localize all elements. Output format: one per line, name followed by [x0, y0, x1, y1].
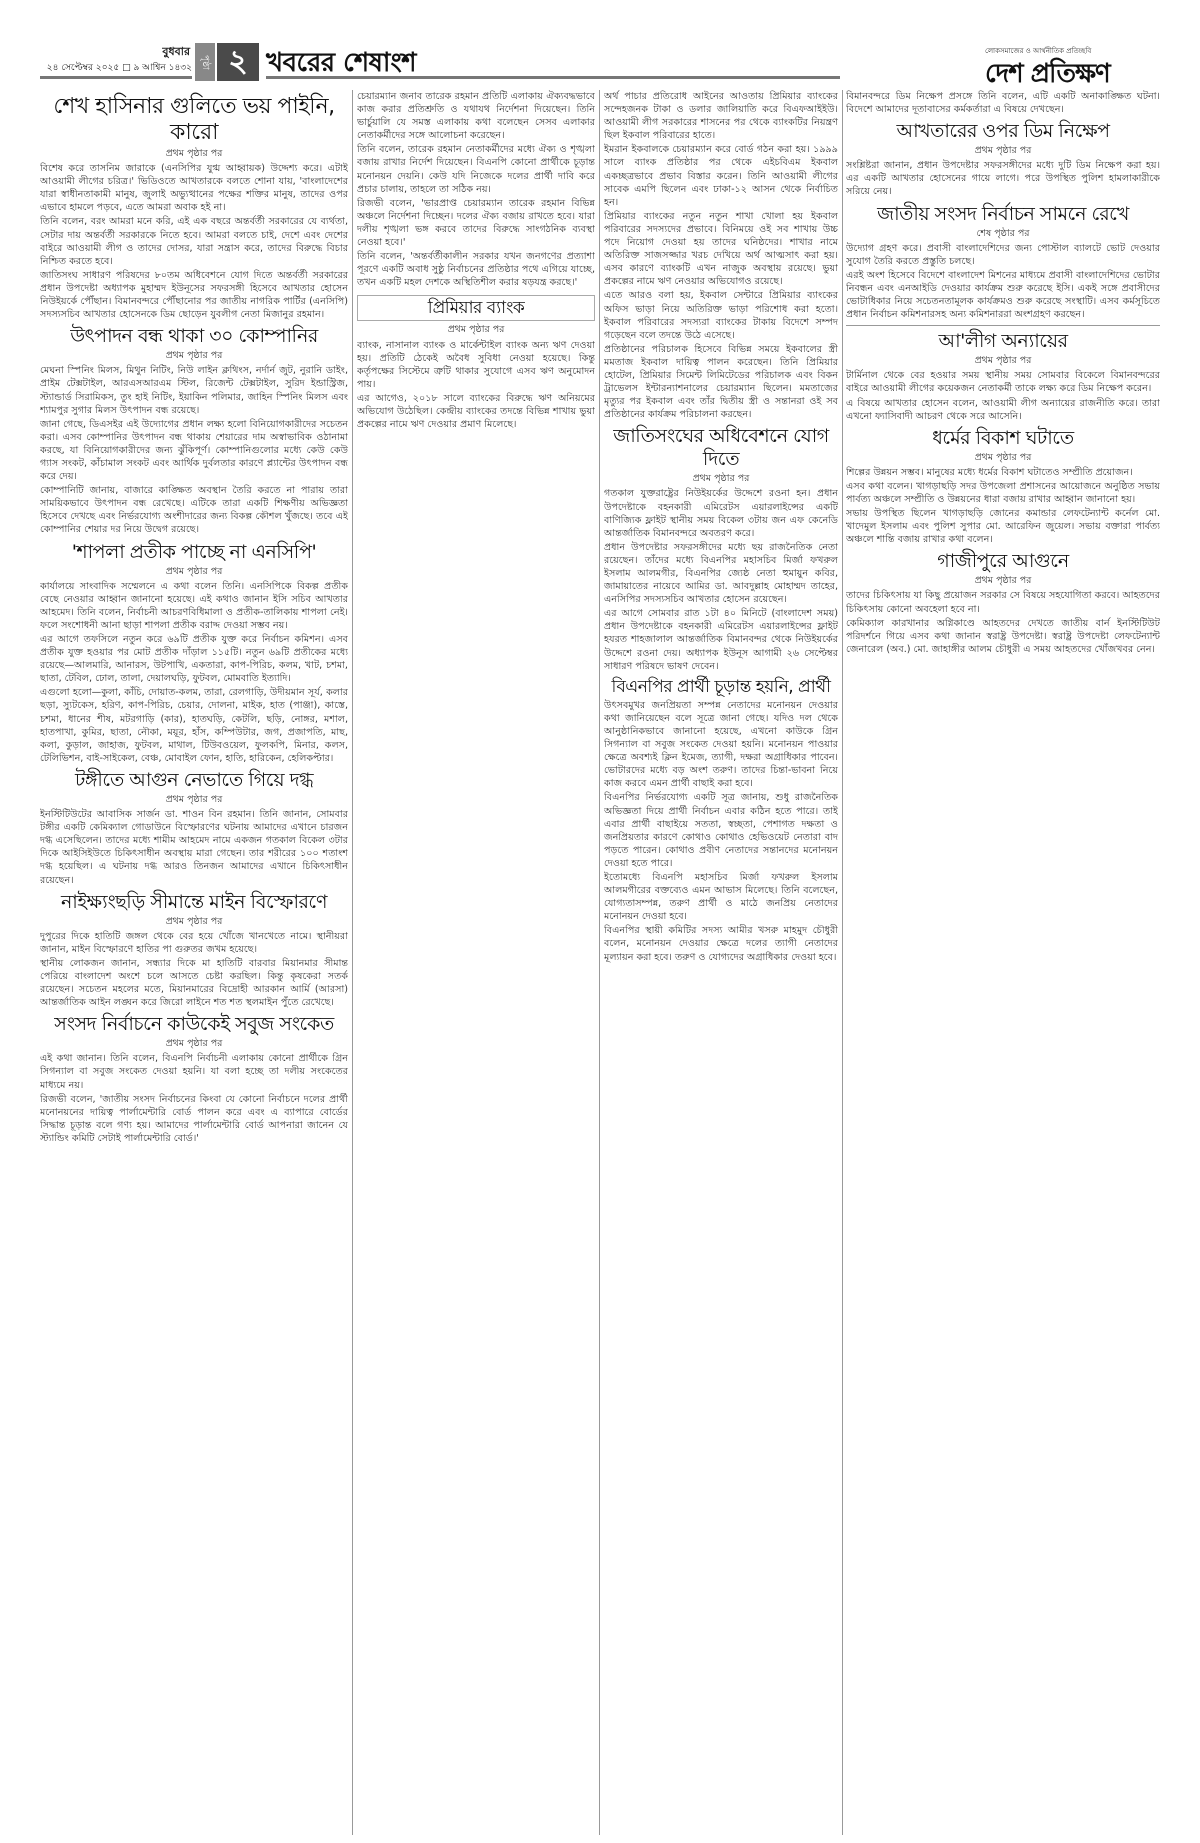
paragraph: জাতিসংঘ সাধারণ পরিষদের ৮০তম অধিবেশনে যোগ… [40, 269, 348, 321]
paragraph: ইতোমধ্যে বিএনপি মহাসচিব মির্জা ফখরুল ইসল… [604, 871, 838, 923]
column-1: শেখ হাসিনার গুলিতে ভয় পাইনি, কারো প্রথম… [40, 90, 348, 1835]
column-3: অর্থ পাচার প্রতিরোধ আইনের আওতায় প্রিমিয… [604, 90, 838, 1835]
kicker: প্রথম পৃষ্ঠার পর [846, 574, 1160, 587]
paragraph: বিমানবন্দরে ডিম নিক্ষেপ প্রসঙ্গে তিনি বল… [846, 90, 1160, 116]
section-title: খবরের শেষাংশ [266, 42, 416, 86]
kicker: প্রথম পৃষ্ঠার পর [40, 1037, 348, 1050]
column-divider [599, 90, 600, 1835]
paragraph: দুপুরের দিকে হাতিটি জঙ্গল থেকে বের হয়ে … [40, 930, 348, 956]
paragraph: এই কথা জানান। তিনি বলেন, বিএনপি নির্বাচন… [40, 1052, 348, 1091]
column-4: বিমানবন্দরে ডিম নিক্ষেপ প্রসঙ্গে তিনি বল… [846, 90, 1160, 1835]
kicker: প্রথম পৃষ্ঠার পর [846, 144, 1160, 157]
article-dollar-reserve: বিমানবন্দরে ডিম নিক্ষেপ প্রসঙ্গে তিনি বল… [846, 90, 1160, 199]
paragraph: মেঘনা স্পিনিং মিলস, মিথুন নিটিং, নিউ লাই… [40, 364, 348, 416]
paragraph: ব্যাংক, নাসানাল ব্যাংক ও মার্কেন্টাইল ব্… [357, 339, 595, 391]
paragraph: রিজভী বলেন, 'জাতীয় সংসদ নির্বাচনের কিংব… [40, 1093, 348, 1145]
kicker: প্রথম পৃষ্ঠার পর [846, 354, 1160, 367]
masthead-rule-left [40, 76, 192, 79]
page-label: পৃষ্ঠা [195, 43, 215, 81]
paragraph: কোম্পানিটি জানায়, বাজারে কাঙ্ক্ষিত অবস্… [40, 484, 348, 536]
paragraph: এর আগেও, ২০১৮ সালে ব্যাংকের বিরুদ্ধে ঋণ … [357, 392, 595, 431]
column-divider [842, 90, 843, 1835]
headline[interactable]: নাইক্ষ্যংছড়ি সীমান্তে মাইন বিস্ফোরণে [40, 891, 348, 914]
paragraph: টার্মিনাল থেকে বের হওয়ার সময় স্থানীয় … [846, 369, 1160, 395]
paragraph: সংশ্লিষ্টরা জানান, প্রধান উপদেষ্টার সফরস… [846, 159, 1160, 198]
paragraph: এসব কথা বলেন। খাগড়াছড়ি সদর উপজেলা প্রশ… [846, 480, 1160, 506]
headline[interactable]: আ'লীগ অন্যায়ের [846, 330, 1160, 353]
paragraph: প্রতিষ্ঠানের পরিচালক হিসেবে বিভিন্ন সময়… [604, 343, 838, 422]
kicker: প্রথম পৃষ্ঠার পর [40, 349, 348, 362]
article-iqbal-continued: অর্থ পাচার প্রতিরোধ আইনের আওতায় প্রিমিয… [604, 90, 838, 421]
headline[interactable]: প্রিমিয়ার ব্যাংক [357, 295, 595, 321]
kicker: শেষ পৃষ্ঠার পর [846, 227, 1160, 240]
headline[interactable]: উৎপাদন বন্ধ থাকা ৩০ কোম্পানির [40, 325, 348, 348]
article-premier-bank: প্রিমিয়ার ব্যাংক প্রথম পৃষ্ঠার পর ব্যাং… [357, 295, 595, 431]
article-landmine: নাইক্ষ্যংছড়ি সীমান্তে মাইন বিস্ফোরণে প্… [40, 891, 348, 1010]
headline[interactable]: ধর্মের বিকাশ ঘটাতে [846, 427, 1160, 450]
paragraph: ইনস্টিটিউটের আবাসিক সার্জন ডা. শাওন বিন … [40, 808, 348, 887]
paragraph: তিনি বলেন, তারেক রহমান নেতাকর্মীদের মধ্য… [357, 143, 595, 195]
paragraph: অর্থ পাচার প্রতিরোধ আইনের আওতায় প্রিমিয… [604, 90, 838, 142]
paragraph: সভায় উপস্থিত ছিলেন খাগড়াছড়ি জোনের কমা… [846, 507, 1160, 546]
article-production: উৎপাদন বন্ধ থাকা ৩০ কোম্পানির প্রথম পৃষ্… [40, 325, 348, 536]
paragraph: ইমরান ইকবালকে চেয়ারম্যান করে বোর্ড গঠন … [604, 143, 838, 208]
article-un-session: জাতিসংঘের অধিবেশনে যোগ দিতে প্রথম পৃষ্ঠা… [604, 425, 838, 672]
paragraph: এ বিষয়ে আখতার হোসেন বলেন, আওয়ামী লীগ অ… [846, 397, 1160, 423]
paragraph: চেয়ারম্যান জনাব তারেক রহমান প্রতিটি এলা… [357, 90, 595, 142]
headline[interactable]: সংসদ নির্বাচনে কাউকেই সবুজ সংকেত [40, 1013, 348, 1036]
article-shapla: 'শাপলা প্রতীক পাচ্ছে না এনসিপি' প্রথম পৃ… [40, 541, 348, 765]
headline[interactable]: গাজীপুরে আগুনে [846, 550, 1160, 573]
paragraph: বিশেষ করে তাসনিম জারাকে (এনসিপির যুগ্ম আ… [40, 162, 348, 214]
paragraph: রিজভী বলেন, 'ভারপ্রাপ্ত চেয়ারম্যান তারে… [357, 197, 595, 249]
paragraph: বিএনপির নির্ভরযোগ্য একটি সূত্র জানায়, শ… [604, 791, 838, 870]
article-awami-league: আ'লীগ অন্যায়ের প্রথম পৃষ্ঠার পর টার্মিন… [846, 330, 1160, 422]
paragraph: উদ্যোগ গ্রহণ করে। প্রবাসী বাংলাদেশিদের জ… [846, 242, 1160, 268]
masthead: বুধবার ২৪ সেপ্টেম্বর ২০২৫ □ ৯ আশ্বিন ১৪৩… [0, 40, 1200, 82]
headline[interactable]: বিএনপির প্রার্থী চূড়ান্ত হয়নি, প্রার্থ… [604, 677, 838, 698]
paragraph: জানা গেছে, ডিএসইর এই উদ্যোগের প্রধান লক্… [40, 418, 348, 483]
paragraph: এর আগে সোমবার রাত ১টা ৪০ মিনিটে (বাংলাদে… [604, 607, 838, 672]
article-religion: ধর্মের বিকাশ ঘটাতে প্রথম পৃষ্ঠার পর শিল্… [846, 427, 1160, 547]
paragraph: এর আগে তফসিলে নতুন করে ৬৯টি প্রতীক যুক্ত… [40, 633, 348, 685]
headline[interactable]: আখতারের ওপর ডিম নিক্ষেপ [846, 120, 1160, 143]
paragraph: বিএনপির স্থায়ী কমিটির সদস্য আমীর খসরু ম… [604, 924, 838, 963]
paragraph: গতকাল যুক্তরাষ্ট্রের নিউইয়র্কের উদ্দেশে… [604, 487, 838, 539]
headline[interactable]: জাতীয় সংসদ নির্বাচন সামনে রেখে [846, 203, 1160, 226]
section-divider [846, 325, 1160, 326]
paragraph: শিল্পের উন্নয়ন সম্ভব। মানুষের মধ্যে ধর্… [846, 466, 1160, 479]
article-tongi: টঙ্গীতে আগুন নেভাতে গিয়ে দগ্ধ প্রথম পৃষ… [40, 769, 348, 887]
paragraph: এগুলো হলো—কুলা, কাঁচি, দোয়াত-কলম, তারা,… [40, 686, 348, 765]
headline[interactable]: টঙ্গীতে আগুন নেভাতে গিয়ে দগ্ধ [40, 769, 348, 792]
article-green-signal: সংসদ নির্বাচনে কাউকেই সবুজ সংকেত প্রথম প… [40, 1013, 348, 1145]
article-akhtar-egg: জাতীয় সংসদ নির্বাচন সামনে রেখে শেষ পৃষ্… [846, 203, 1160, 322]
column-2: চেয়ারম্যান জনাব তারেক রহমান প্রতিটি এলা… [357, 90, 595, 1835]
column-divider [352, 90, 353, 1835]
kicker: প্রথম পৃষ্ঠার পর [357, 323, 595, 336]
kicker: প্রথম পৃষ্ঠার পর [846, 451, 1160, 464]
kicker: প্রথম পৃষ্ঠার পর [40, 147, 348, 160]
paragraph: তাদের চিকিৎসায় যা কিছু প্রয়োজন সরকার স… [846, 589, 1160, 615]
page-number: ২ [217, 43, 259, 81]
headline[interactable]: শেখ হাসিনার গুলিতে ভয় পাইনি, কারো [40, 94, 348, 146]
kicker: প্রথম পৃষ্ঠার পর [40, 915, 348, 928]
paragraph: প্রিমিয়ার ব্যাংকের নতুন নতুন শাখা খোলা … [604, 210, 838, 289]
kicker: প্রথম পৃষ্ঠার পর [40, 565, 348, 578]
article-bnp-candidate: বিএনপির প্রার্থী চূড়ান্ত হয়নি, প্রার্থ… [604, 677, 838, 964]
paragraph: তিনি বলেন, 'অন্তর্বর্তীকালীন সরকার যখন জ… [357, 250, 595, 289]
paragraph: এরই অংশ হিসেবে বিদেশে বাংলাদেশ মিশনের মা… [846, 269, 1160, 321]
issue-date: ২৪ সেপ্টেম্বর ২০২৫ □ ৯ আশ্বিন ১৪৩২ [40, 60, 192, 75]
article-chairman-continued: চেয়ারম্যান জনাব তারেক রহমান প্রতিটি এলা… [357, 90, 595, 289]
masthead-rule-right [266, 76, 840, 79]
paragraph: উৎসবমুখর জনপ্রিয়তা সম্পন্ন নেতাদের মনোন… [604, 699, 838, 791]
paragraph: কেমিক্যাল কারখানার অগ্নিকাণ্ডে আহতদের দে… [846, 617, 1160, 656]
paragraph: তিনি বলেন, বরং আমরা মনে করি, এই এক বছরে … [40, 215, 348, 267]
paragraph: কার্যালয়ে সাংবাদিক সম্মেলনে এ কথা বলেন … [40, 580, 348, 632]
article-gazipur: গাজীপুরে আগুনে প্রথম পৃষ্ঠার পর তাদের চি… [846, 550, 1160, 656]
paragraph: স্থানীয় লোকজন জানান, সন্ধ্যার দিকে মা হ… [40, 957, 348, 1009]
paragraph: এতে আরও বলা হয়, ইকবাল সেন্টারে প্রিমিয়… [604, 289, 838, 341]
article-hasina: শেখ হাসিনার গুলিতে ভয় পাইনি, কারো প্রথম… [40, 94, 348, 321]
kicker: প্রথম পৃষ্ঠার পর [604, 472, 838, 485]
headline[interactable]: জাতিসংঘের অধিবেশনে যোগ দিতে [604, 425, 838, 471]
kicker: প্রথম পৃষ্ঠার পর [40, 793, 348, 806]
paragraph: প্রধান উপদেষ্টার সফরসঙ্গীদের মধ্যে ছয় র… [604, 541, 838, 606]
headline[interactable]: 'শাপলা প্রতীক পাচ্ছে না এনসিপি' [40, 541, 348, 564]
